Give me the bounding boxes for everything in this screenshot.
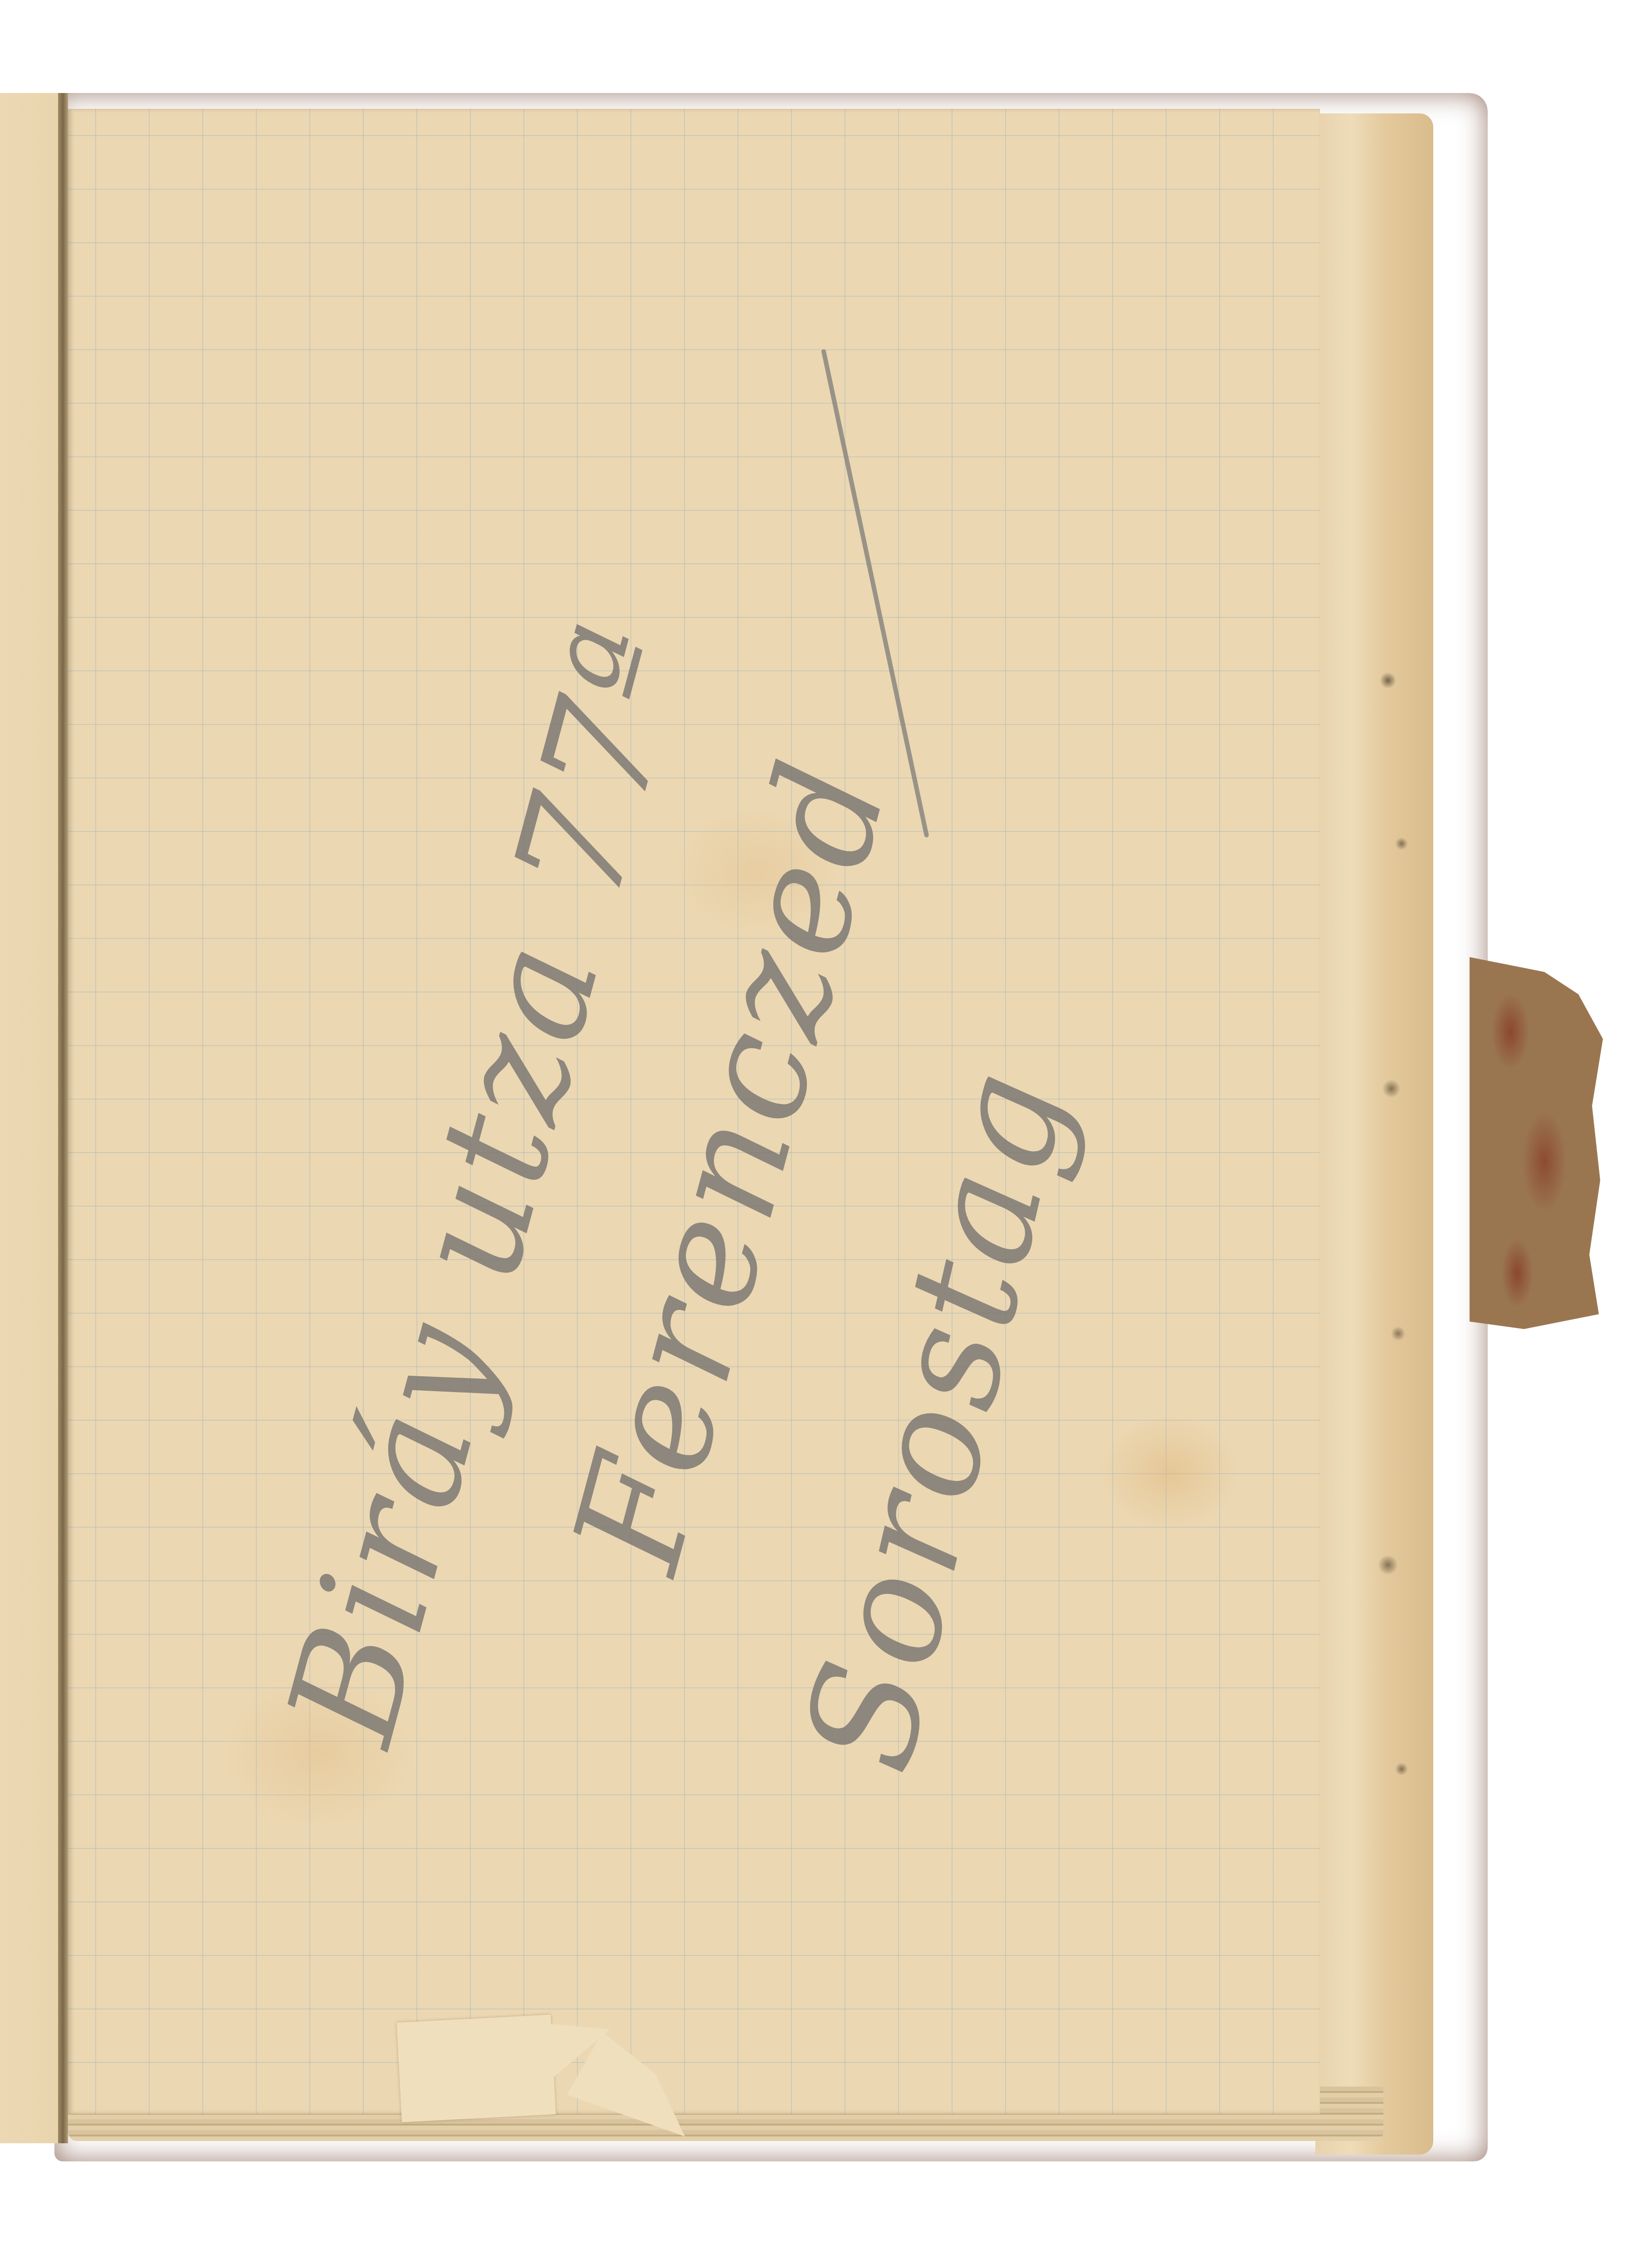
torn-cover-flap — [1470, 957, 1606, 1329]
left-page-sliver — [0, 93, 66, 2143]
binding-gutter — [58, 93, 68, 2143]
foxing-spots — [1361, 544, 1429, 1905]
